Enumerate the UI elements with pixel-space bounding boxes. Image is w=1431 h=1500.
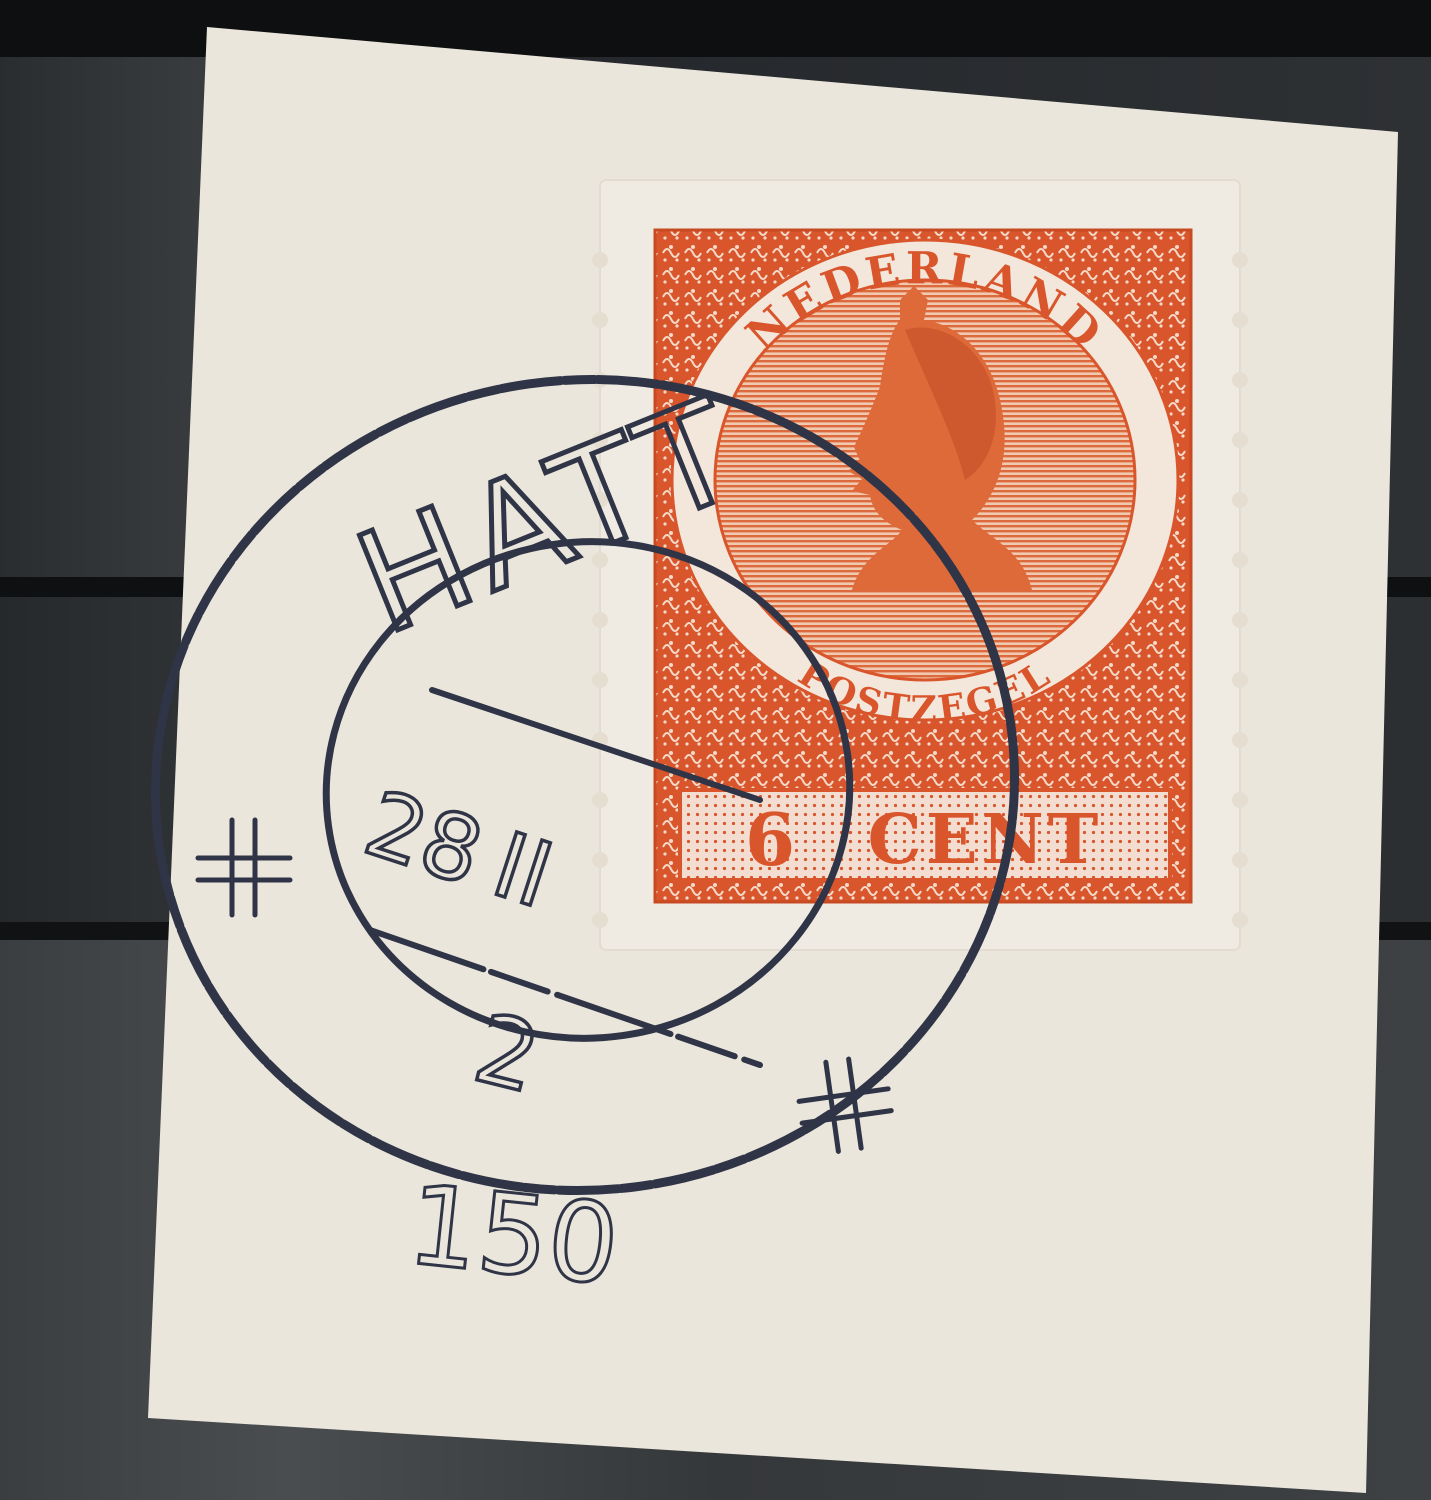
stamp-value-unit: CENT (868, 800, 1103, 880)
postmark-number: 150 (402, 1161, 624, 1310)
stamp: NEDERLAND POSTZEGEL 6 CENT (592, 180, 1248, 950)
stamp-value-number: 6 (745, 797, 795, 882)
stamp-on-piece: NEDERLAND POSTZEGEL 6 CENT (0, 0, 1431, 1500)
